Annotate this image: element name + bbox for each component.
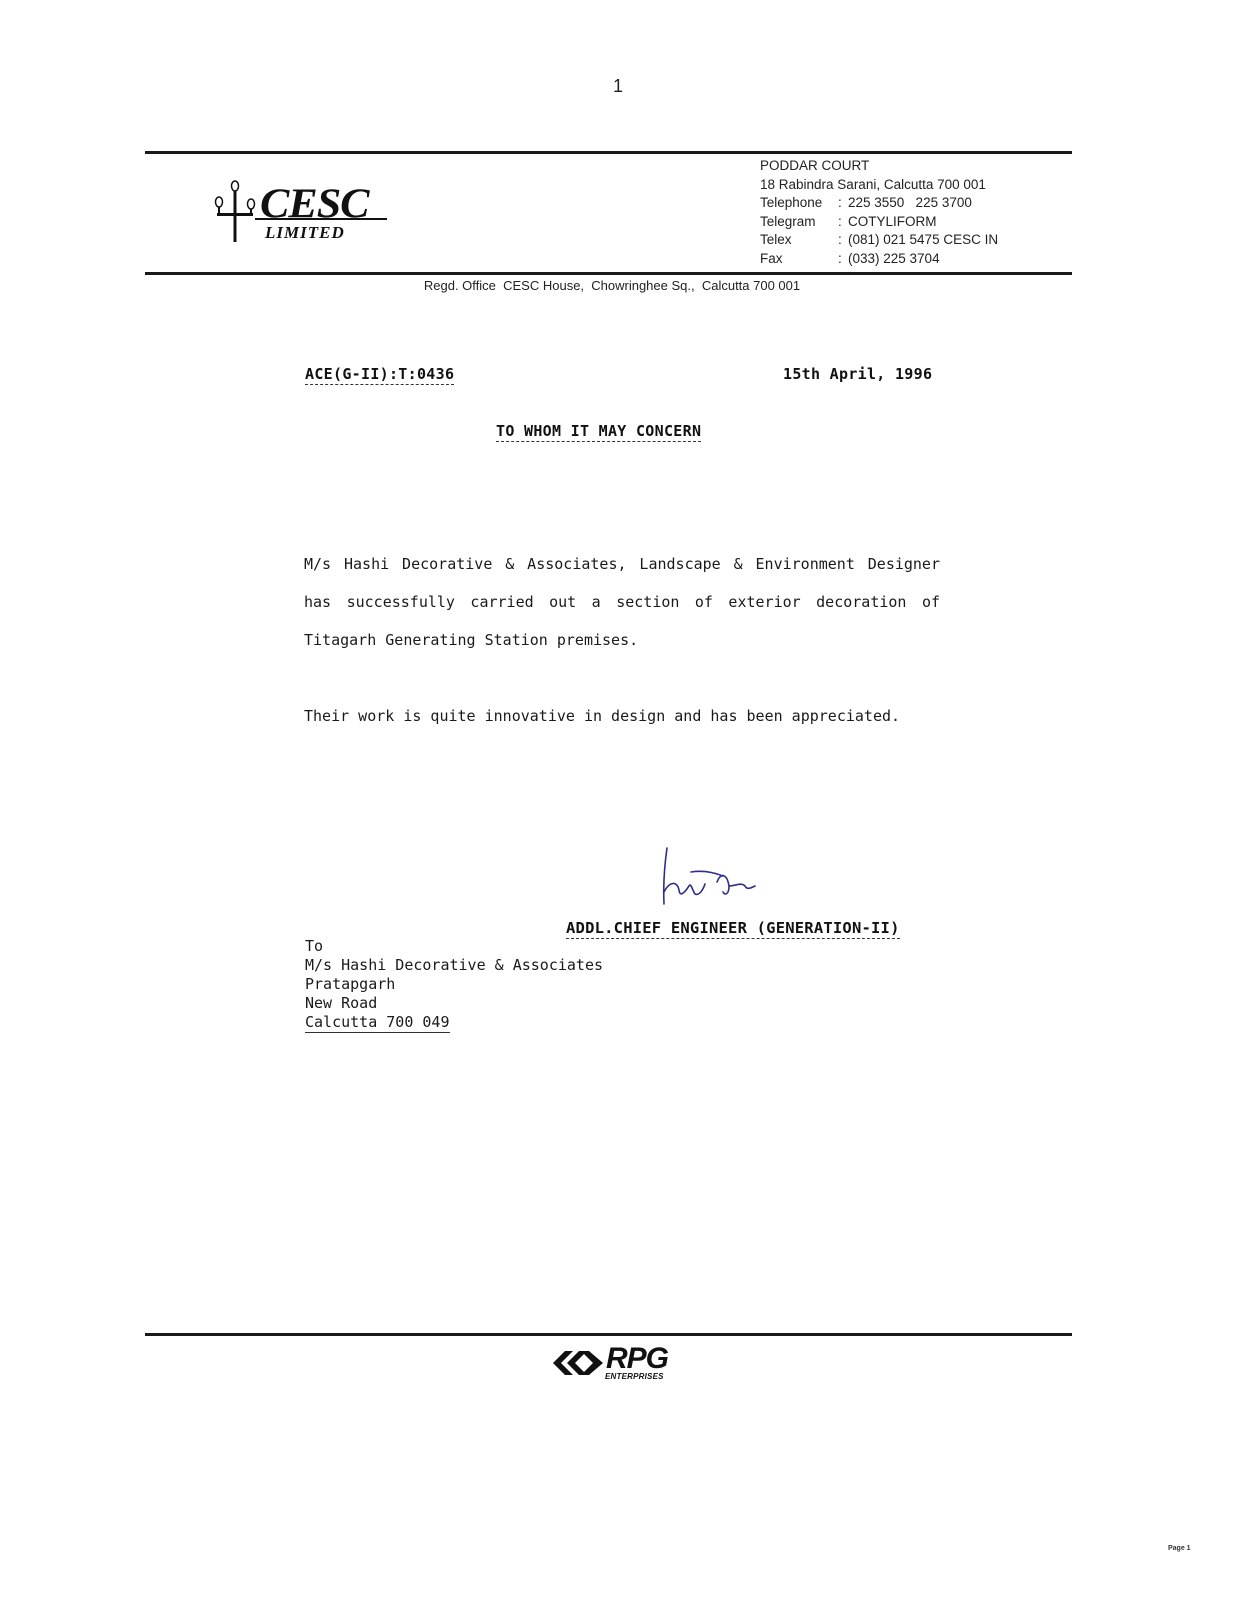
cesc-logo: CESC LIMITED — [213, 178, 388, 248]
recipient-address: To M/s Hashi Decorative & Associates Pra… — [305, 937, 603, 1032]
recipient-line: Pratapgarh — [305, 975, 603, 994]
contact-value: COTYLIFORM — [848, 213, 937, 232]
signature — [655, 842, 795, 917]
designation-text: ADDL.CHIEF ENGINEER (GENERATION-II) — [566, 919, 900, 939]
page-number: 1 — [0, 76, 1236, 97]
header-top-rule — [145, 151, 1072, 154]
footer-rule — [145, 1333, 1072, 1336]
logo-underline — [255, 218, 387, 220]
reference-number: ACE(G-II):T:0436 — [305, 365, 454, 383]
recipient-line: M/s Hashi Decorative & Associates — [305, 956, 603, 975]
lamp-post-icon — [213, 180, 259, 242]
recipient-city: Calcutta 700 049 — [305, 1013, 450, 1033]
rpg-chevron-icon — [553, 1348, 605, 1378]
contact-colon: : — [838, 213, 848, 232]
footer-page-label: Page 1 — [1168, 1545, 1191, 1552]
contact-label: Telephone — [760, 194, 838, 213]
signatory-designation: ADDL.CHIEF ENGINEER (GENERATION-II) — [566, 919, 900, 937]
registered-office-text: Regd. Office CESC House, Chowringhee Sq.… — [424, 278, 800, 293]
contact-colon: : — [838, 250, 848, 269]
rpg-brand: RPG — [606, 1342, 668, 1376]
body-paragraph-2: Their work is quite innovative in design… — [304, 697, 940, 735]
recipient-line: New Road — [305, 994, 603, 1013]
address-text: PODDAR COURT — [760, 157, 869, 176]
contact-colon: : — [838, 231, 848, 250]
company-suffix: LIMITED — [265, 223, 345, 243]
letterhead-address: PODDAR COURT 18 Rabindra Sarani, Calcutt… — [760, 157, 998, 269]
contact-label: Telex — [760, 231, 838, 250]
address-line: PODDAR COURT — [760, 157, 998, 176]
contact-value: (033) 225 3704 — [848, 250, 940, 269]
rpg-logo: RPG ENTERPRISES — [553, 1346, 693, 1382]
address-text: 18 Rabindra Sarani, Calcutta 700 001 — [760, 176, 986, 195]
contact-value: 225 3550 225 3700 — [848, 194, 972, 213]
contact-label: Fax — [760, 250, 838, 269]
header-bottom-rule — [145, 272, 1072, 275]
signature-scribble-icon — [655, 842, 795, 912]
recipient-line: Calcutta 700 049 — [305, 1013, 603, 1032]
letter-subject: TO WHOM IT MAY CONCERN — [496, 422, 701, 440]
address-line: 18 Rabindra Sarani, Calcutta 700 001 — [760, 176, 998, 195]
registered-office: Regd. Office CESC House, Chowringhee Sq.… — [0, 278, 1236, 293]
recipient-to-label: To — [305, 937, 603, 956]
contact-telegram: Telegram : COTYLIFORM — [760, 213, 998, 232]
rpg-brand-sub: ENTERPRISES — [605, 1372, 664, 1381]
reference-text: ACE(G-II):T:0436 — [305, 365, 454, 385]
company-name: CESC — [260, 179, 369, 227]
contact-value: (081) 021 5475 CESC IN — [848, 231, 998, 250]
contact-fax: Fax : (033) 225 3704 — [760, 250, 998, 269]
contact-telex: Telex : (081) 021 5475 CESC IN — [760, 231, 998, 250]
body-paragraph-1: M/s Hashi Decorative & Associates, Lands… — [304, 545, 940, 659]
subject-text: TO WHOM IT MAY CONCERN — [496, 422, 701, 442]
letter-date: 15th April, 1996 — [783, 365, 932, 383]
contact-label: Telegram — [760, 213, 838, 232]
contact-colon: : — [838, 194, 848, 213]
contact-telephone: Telephone : 225 3550 225 3700 — [760, 194, 998, 213]
